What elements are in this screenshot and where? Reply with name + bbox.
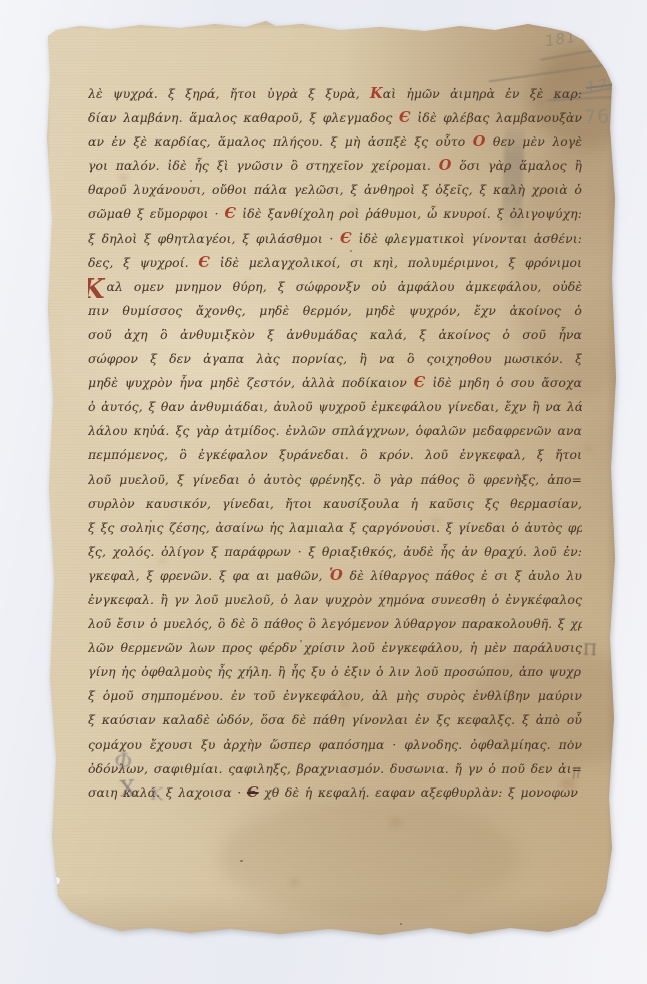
ink-text: αλ ομεν μνημον θύρη, ξ σώφρονξν οὐ ἀμφάλ… bbox=[106, 280, 582, 294]
foxing-spot bbox=[585, 445, 591, 451]
ink-text: ἰδὲ φλεγματικοὶ γίνονται ἀσθένι: bbox=[352, 232, 582, 246]
manuscript-line: σώφρον ξ δεν ἀγαπα λὰς πορνίας, ἢ να ὃ ς… bbox=[88, 347, 582, 371]
manuscript-line: πεμπόμενος, ὃ ἐγκέφαλον ξυράνεδαι. ὃ κρό… bbox=[88, 443, 582, 467]
manuscript-line: λοῦ ἔσιν ὁ μυελός, ὃ δὲ ὃ πάθος ὃ λεγόμε… bbox=[88, 612, 582, 636]
ink-text: ἐνγκεφαλ. ἢ γν λοῦ μυελοῦ, ὁ λαν ψυχρὸν … bbox=[88, 593, 582, 607]
ink-text: σῶμαθ ξ εὔμορφοι · bbox=[88, 207, 225, 221]
ghost-offset-mark: Π bbox=[583, 640, 598, 659]
manuscript-line: γοι παλόν. ἰδὲ ἧς ξὶ γνῶσιν ὃ στηχεῖον χ… bbox=[88, 154, 582, 178]
ink-text: λῶν θερμενῶν λων προς φέρδν χρίσιν λοῦ ἐ… bbox=[88, 641, 582, 655]
ink-text: ὅσι γὰρ ἅμαλος ἢ bbox=[452, 159, 582, 173]
rubric-initial: Ο bbox=[439, 157, 452, 174]
ink-text: αν ἐν ξὲ καρδίας, ἅμαλος πλήςου. ξ μὴ ἀσ… bbox=[88, 135, 473, 149]
ink-text: ξ ξς σοληις ζέσης, ἀσαίνω ἡς λαμιαλα ξ ς… bbox=[88, 521, 582, 535]
rubric-initial: Є bbox=[399, 109, 411, 126]
manuscript-line: σαιη καλά. ξ λαχοισα · Є χθ δὲ ἡ κεφαλή.… bbox=[88, 781, 582, 805]
manuscript-line: ξ καύσιαν καλαδὲ ὠδόν, ὅσα δὲ πάθη γίνον… bbox=[88, 708, 582, 732]
pencil-scribble bbox=[489, 60, 638, 82]
pencil-scribble bbox=[540, 49, 594, 60]
folio-number-crossed-out: 173 bbox=[585, 74, 621, 97]
folio-number-pencil-old: 181 bbox=[544, 28, 578, 51]
stain bbox=[220, 798, 520, 918]
rubric-initial: Ο bbox=[473, 133, 486, 150]
manuscript-line: πιν θυμίσσος ἄχονθς, μηδὲ θερμόν, μηδὲ ψ… bbox=[88, 299, 582, 323]
rubric-initial: Є bbox=[247, 784, 259, 801]
manuscript-line: Καλ ομεν μνημον θύρη, ξ σώφρονξν οὐ ἀμφά… bbox=[88, 275, 582, 299]
ink-text: πεμπόμενος, ὃ ἐγκέφαλον ξυράνεδαι. ὃ κρό… bbox=[88, 448, 582, 462]
manuscript-line: μηδὲ ψυχρὸν ἧνα μηδὲ ζεστόν, ἀλλὰ ποδίκα… bbox=[88, 371, 582, 395]
manuscript-line: συρλὸν καυσικόν, γίνεδαι, ἤτοι καυσίξουλ… bbox=[88, 492, 582, 516]
ink-text: γκεφαλ, ξ φρενῶν. ξ φα αι μαθῶν, bbox=[88, 569, 329, 583]
ink-text: λὲ ψυχρά. ξ ξηρά, ἤτοι ὑγρὰ ξ ξυρὰ, bbox=[88, 87, 370, 101]
rubric-initial: Є bbox=[198, 254, 210, 271]
ink-text: γοι παλόν. ἰδὲ ἧς ξὶ γνῶσιν ὃ στηχεῖον χ… bbox=[88, 159, 439, 173]
ink-text: λάλου κηὐά. ξς γὰρ ἀτμίδος. ἐνλῶν σπλάγχ… bbox=[88, 424, 582, 438]
manuscript-line: σῶμαθ ξ εὔμορφοι · Є ἰδὲ ξανθίχολη ροὶ ῥ… bbox=[88, 202, 582, 226]
ink-text: ὀδόνλων, σαφιθμίαι. ςαφιληξς, βραχνιασμό… bbox=[88, 762, 582, 776]
manuscript-line: λῶν θερμενῶν λων προς φέρδν χρίσιν λοῦ ἐ… bbox=[88, 636, 582, 660]
ink-text: λοῦ μυελοῦ, ξ γίνεδαι ὁ ἀυτὸς φρένηξς. ὃ… bbox=[88, 473, 582, 487]
manuscript-line: ξ ὁμοῦ σημπομένου. ἐν τοῦ ἐνγκεφάλου, ἀλ… bbox=[88, 684, 582, 708]
ink-text: ςομάχου ἔχουσι ξυ ἀρχὴν ὥσπερ φαπόσημα ·… bbox=[88, 738, 582, 752]
foxing-spot bbox=[290, 878, 299, 886]
manuscript-line: γκεφαλ, ξ φρενῶν. ξ φα αι μαθῶν, Ὁ δὲ λί… bbox=[88, 564, 582, 588]
edge-tear bbox=[43, 874, 60, 885]
ink-text: αὶ ἡμῶν ἀιμηρὰ ἐν ξὲ καρ: bbox=[383, 87, 582, 101]
manuscript-line: ξ δηλοὶ ξ φθητλαγέοι, ξ φιλάσθμοι · Є ἰδ… bbox=[88, 227, 582, 251]
ink-text: ξ ὁμοῦ σημπομένου. ἐν τοῦ ἐνγκεφάλου, ἀλ… bbox=[88, 689, 582, 703]
ink-text: λοῦ ἔσιν ὁ μυελός, ὃ δὲ ὃ πάθος ὃ λεγόμε… bbox=[88, 617, 582, 631]
manuscript-line: δες, ξ ψυχροί. Є ἰδὲ μελαγχολικοί, σι κη… bbox=[88, 251, 582, 275]
manuscript-line: ὀδόνλων, σαφιθμίαι. ςαφιληξς, βραχνιασμό… bbox=[88, 757, 582, 781]
manuscript-line: γίνη ἠς ὀφθαλμοὺς ἦς χήλη. ἢ ἧς ξυ ὁ ἐξι… bbox=[88, 660, 582, 684]
speck bbox=[240, 860, 243, 862]
ink-text: δες, ξ ψυχροί. bbox=[88, 256, 198, 270]
ink-text: ἰδὲ φλέβας λαμβανουξὰν bbox=[411, 111, 582, 125]
ink-text: ἰδὲ μηδη ὁ σου ἄσοχα bbox=[425, 376, 582, 390]
manuscript-line: δίαν λαμβάνη. ἅμαλος καθαροῦ, ξ φλεγμαδο… bbox=[88, 106, 582, 130]
manuscript-line: ἐνγκεφαλ. ἢ γν λοῦ μυελοῦ, ὁ λαν ψυχρὸν … bbox=[88, 588, 582, 612]
rubric-initial: Ὁ bbox=[329, 567, 343, 584]
ink-text: θαροῦ λυχάνουσι, οὔθοι πάλα γελῶσι, ξ ἀν… bbox=[88, 183, 582, 197]
ink-text: σοῦ ἀχη ὃ ἀνθυμιξκὸν ξ ἀνθυμάδας καλά, ξ… bbox=[88, 328, 582, 342]
manuscript-line: λὲ ψυχρά. ξ ξηρά, ἤτοι ὑγρὰ ξ ξυρὰ, Καὶ … bbox=[88, 82, 582, 106]
manuscript-line: ξς, χολός. ὀλίγον ξ παράφρων · ξ θριαξιθ… bbox=[88, 540, 582, 564]
text-block: λὲ ψυχρά. ξ ξηρά, ἤτοι ὑγρὰ ξ ξυρὰ, Καὶ … bbox=[88, 82, 582, 805]
ink-text: σαιη καλά. ξ λαχοισα · bbox=[88, 786, 247, 800]
manuscript-line: θαροῦ λυχάνουσι, οὔθοι πάλα γελῶσι, ξ ἀν… bbox=[88, 178, 582, 202]
foxing-spot bbox=[390, 818, 402, 827]
manuscript-line: ξ ξς σοληις ζέσης, ἀσαίνω ἡς λαμιαλα ξ ς… bbox=[88, 516, 582, 540]
ink-text: ὁ ἀυτός, ξ θαν ἀνθυμιάδαι, ἀυλοῦ ψυχροῦ … bbox=[88, 400, 582, 414]
rubric-initial: Є bbox=[225, 205, 237, 222]
ink-text: σώφρον ξ δεν ἀγαπα λὰς πορνίας, ἢ να ὃ ς… bbox=[88, 352, 582, 366]
ink-text: ἰδὲ ξανθίχολη ροὶ ῥάθυμοι, ὦ κνυροί. ξ ὀ… bbox=[236, 207, 582, 221]
ink-text: ξ δηλοὶ ξ φθητλαγέοι, ξ φιλάσθμοι · bbox=[88, 232, 340, 246]
manuscript-page: 181 173 76 λὲ ψυχρά. ξ ξηρά, ἤτοι ὑγρὰ ξ… bbox=[40, 18, 620, 952]
rubric-initial: Є bbox=[340, 230, 352, 247]
ink-text: ἰδὲ μελαγχολικοί, σι κηὶ, πολυμέριμνοι, … bbox=[210, 256, 582, 270]
ink-text: χθ δὲ ἡ κεφαλή. εαφαν αξεφθυρλὰν: ξ μονο… bbox=[259, 786, 582, 800]
ink-text: ξ καύσιαν καλαδὲ ὠδόν, ὅσα δὲ πάθη γίνον… bbox=[88, 713, 582, 727]
ink-text: δὲ λίθαργος πάθος ἐ σι ξ ἀυλο λυ bbox=[343, 569, 582, 583]
ink-text: δίαν λαμβάνη. ἅμαλος καθαροῦ, ξ φλεγμαδο… bbox=[88, 111, 399, 125]
scan-background: 181 173 76 λὲ ψυχρά. ξ ξηρά, ἤτοι ὑγρὰ ξ… bbox=[0, 0, 647, 984]
rubric-initial: Є bbox=[414, 374, 426, 391]
manuscript-line: λάλου κηὐά. ξς γὰρ ἀτμίδος. ἐνλῶν σπλάγχ… bbox=[88, 419, 582, 443]
rubric-initial: Κ bbox=[370, 85, 383, 102]
rubric-initial: Κ bbox=[88, 275, 104, 299]
manuscript-line: αν ἐν ξὲ καρδίας, ἅμαλος πλήςου. ξ μὴ ἀσ… bbox=[88, 130, 582, 154]
manuscript-line: λοῦ μυελοῦ, ξ γίνεδαι ὁ ἀυτὸς φρένηξς. ὃ… bbox=[88, 468, 582, 492]
ink-text: μηδὲ ψυχρὸν ἧνα μηδὲ ζεστόν, ἀλλὰ ποδίκα… bbox=[88, 376, 414, 390]
manuscript-line: ςομάχου ἔχουσι ξυ ἀρχὴν ὥσπερ φαπόσημα ·… bbox=[88, 733, 582, 757]
speck bbox=[400, 923, 402, 925]
folio-number-current: 76 bbox=[583, 105, 610, 128]
ink-text: θεν μὲν λογὲ bbox=[486, 135, 583, 149]
manuscript-line: ὁ ἀυτός, ξ θαν ἀνθυμιάδαι, ἀυλοῦ ψυχροῦ … bbox=[88, 395, 582, 419]
ink-text: ξς, χολός. ὀλίγον ξ παράφρων · ξ θριαξιθ… bbox=[88, 545, 582, 559]
ink-text: πιν θυμίσσος ἄχονθς, μηδὲ θερμόν, μηδὲ ψ… bbox=[88, 304, 582, 318]
ink-text: συρλὸν καυσικόν, γίνεδαι, ἤτοι καυσίξουλ… bbox=[88, 497, 582, 511]
ink-text: γίνη ἠς ὀφθαλμοὺς ἦς χήλη. ἢ ἧς ξυ ὁ ἐξι… bbox=[88, 665, 582, 679]
manuscript-line: σοῦ ἀχη ὃ ἀνθυμιξκὸν ξ ἀνθυμάδας καλά, ξ… bbox=[88, 323, 582, 347]
